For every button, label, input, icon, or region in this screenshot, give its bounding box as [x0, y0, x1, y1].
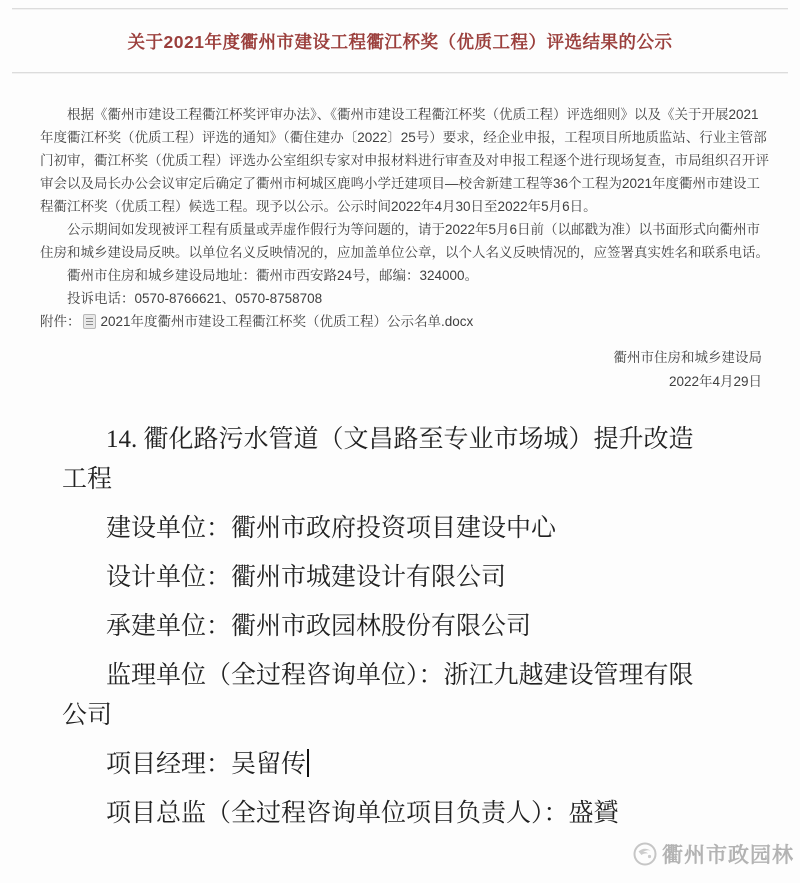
supervisor-line: 监理单位（全过程咨询单位）：浙江九越建设管理有限 公司: [62, 656, 738, 736]
designer-line: 设计单位：衢州市城建设计有限公司: [62, 558, 738, 598]
phone-line: 投诉电话：0570-8766621、0570-8758708: [40, 287, 770, 310]
project-heading-line2: 工程: [62, 460, 738, 500]
docx-file-icon: [83, 314, 96, 329]
project-manager-line[interactable]: 项目经理：吴留传: [62, 745, 738, 785]
watermark: 衢州市政园林: [632, 839, 794, 869]
watermark-logo-icon: [632, 841, 658, 867]
signature-date: 2022年4月29日: [40, 370, 762, 394]
builder-line: 建设单位：衢州市政府投资项目建设中心: [62, 509, 738, 549]
project-manager-text: 项目经理：吴留传: [106, 751, 306, 778]
notice-body: 根据《衢州市建设工程衢江杯奖评审办法》、《衢州市建设工程衢江杯奖（优质工程）评选…: [40, 103, 770, 394]
watermark-text: 衢州市政园林: [662, 839, 794, 869]
project-detail-section: 14. 衢化路污水管道（文昌路至专业市场城）提升改造 工程 建设单位：衢州市政府…: [62, 420, 738, 834]
project-heading: 14. 衢化路污水管道（文昌路至专业市场城）提升改造 工程: [62, 420, 738, 500]
supervisor-text-line1: 监理单位（全过程咨询单位）：浙江九越建设管理有限: [62, 656, 738, 696]
signature-org: 衢州市住房和城乡建设局: [40, 346, 762, 370]
attachment-link[interactable]: 2021年度衢州市建设工程衢江杯奖（优质工程）公示名单.docx: [101, 310, 474, 333]
attachment-row: 附件： 2021年度衢州市建设工程衢江杯奖（优质工程）公示名单.docx: [40, 310, 770, 333]
notice-paragraph-2: 公示期间如发现被评工程有质量或弄虚作假行为等问题的，请于2022年5月6日前（以…: [40, 218, 770, 264]
chief-supervisor-text: 项目总监（全过程咨询单位项目负责人）：盛贇: [62, 794, 738, 834]
designer-text: 设计单位：衢州市城建设计有限公司: [62, 558, 738, 598]
contractor-line: 承建单位：衢州市政园林股份有限公司: [62, 607, 738, 647]
address-line: 衢州市住房和城乡建设局地址：衢州市西安路24号，邮编：324000。: [40, 264, 770, 287]
contractor-text: 承建单位：衢州市政园林股份有限公司: [62, 607, 738, 647]
signature-block: 衢州市住房和城乡建设局 2022年4月29日: [40, 346, 770, 394]
project-heading-line1: 14. 衢化路污水管道（文昌路至专业市场城）提升改造: [62, 420, 738, 460]
attachment-label: 附件：: [40, 310, 81, 333]
text-caret-icon: [307, 749, 309, 777]
title-divider: [12, 72, 788, 73]
notice-paragraph-1: 根据《衢州市建设工程衢江杯奖评审办法》、《衢州市建设工程衢江杯奖（优质工程）评选…: [40, 103, 770, 218]
announcement-page: 关于2021年度衢州市建设工程衢江杯奖（优质工程）评选结果的公示 根据《衢州市建…: [0, 0, 800, 883]
chief-supervisor-line: 项目总监（全过程咨询单位项目负责人）：盛贇: [62, 794, 738, 834]
supervisor-text-line2: 公司: [62, 696, 738, 736]
builder-text: 建设单位：衢州市政府投资项目建设中心: [62, 509, 738, 549]
page-title: 关于2021年度衢州市建设工程衢江杯奖（优质工程）评选结果的公示: [0, 9, 800, 72]
